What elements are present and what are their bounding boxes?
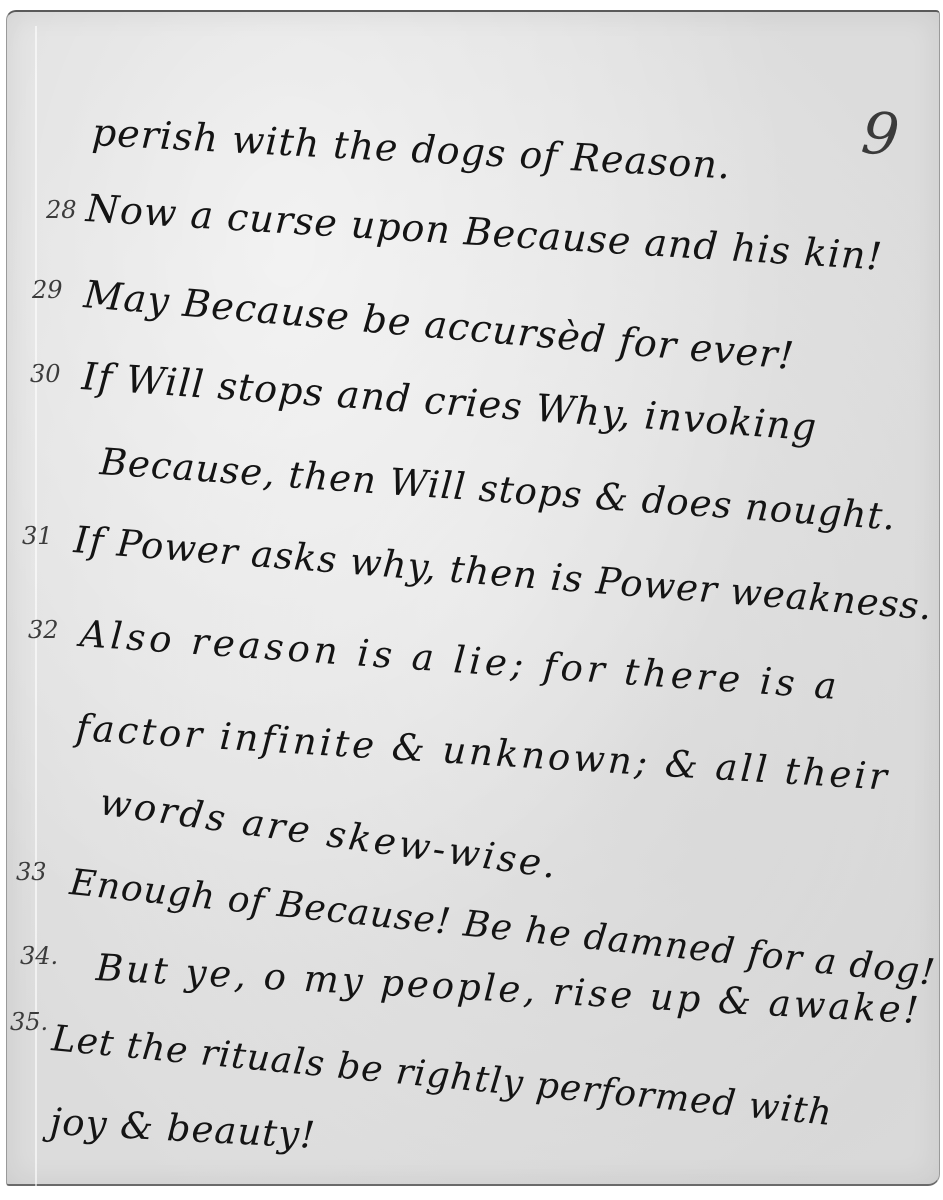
verse-number: 32 — [28, 616, 59, 644]
manuscript-scan: 9 perish with the dogs of Reason. 28 Now… — [0, 0, 943, 1200]
verse-number: 30 — [30, 360, 61, 388]
verse-number: 28 — [46, 196, 77, 224]
verse-number: 35. — [10, 1008, 48, 1036]
verse-number: 33 — [16, 858, 47, 886]
page-number: 9 — [859, 98, 903, 169]
verse-number: 29 — [32, 276, 63, 304]
verse-number: 34. — [20, 942, 58, 970]
verse-number: 31 — [22, 522, 53, 550]
